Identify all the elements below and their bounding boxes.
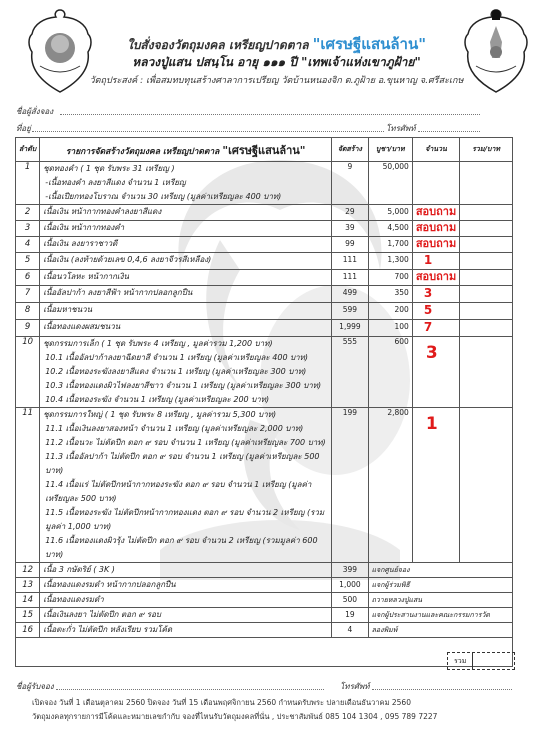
item-subline: 10.4 เนื้อทองระฆัง จำนวน 1 เหรียญ (มูลค่… [43, 393, 328, 407]
receiver-phone-field[interactable] [372, 689, 512, 690]
row-number: 8 [16, 303, 40, 320]
footer-contact: วัตถุมงคลทุกรายการมีโค้ดและหมายเลขกำกับ … [32, 711, 437, 723]
item-title: เนื้อเงิน (ลงท้ายด้วยเลข 0,4,6 ลงยาจีวรส… [43, 253, 328, 267]
item-description: ชุดกรรมการเล็ก ( 1 ชุด รับพระ 4 เหรียญ ,… [40, 337, 332, 408]
handwritten-amount: สอบถาม [416, 221, 456, 234]
item-price: 1,700 [368, 237, 412, 253]
item-title: ชุดทองคำ ( 1 ชุด รับพระ 31 เหรียญ ) [43, 162, 328, 176]
item-total-cell[interactable] [460, 337, 513, 408]
item-amount-cell[interactable]: สอบถาม [412, 221, 459, 237]
item-subline: 10.2 เนื้อทองระฆังลงยาสีแดง จำนวน 1 เหรี… [43, 365, 328, 379]
table-row: 14เนื้อทองแดงรมดำ500ถวายหลวงปู่แสน [16, 593, 513, 608]
item-title: เนื้อเงิน ลงยาราชาวดี [43, 237, 328, 251]
handwritten-amount: สอบถาม [416, 270, 456, 283]
table-row: 1ชุดทองคำ ( 1 ชุด รับพระ 31 เหรียญ )-เนื… [16, 162, 513, 205]
item-title: เนื้อเงิน หน้ากากทองคำ [43, 221, 328, 235]
item-produced-qty: 4 [332, 623, 368, 638]
item-title: เนื้อเงินลงยา ไม่ตัดปีก ตอก ๙ รอบ [43, 608, 328, 622]
table-row: 15เนื้อเงินลงยา ไม่ตัดปีก ตอก ๙ รอบ19แจก… [16, 608, 513, 623]
item-produced-qty: 39 [332, 221, 368, 237]
address-field[interactable] [32, 131, 384, 132]
item-title: เนื้อมหาชนวน [43, 303, 328, 317]
table-row: 10ชุดกรรมการเล็ก ( 1 ชุด รับพระ 4 เหรียญ… [16, 337, 513, 408]
item-produced-qty: 19 [332, 608, 368, 623]
row-number: 7 [16, 286, 40, 303]
handwritten-amount: สอบถาม [416, 205, 456, 218]
item-total-cell[interactable] [460, 237, 513, 253]
table-row: 4เนื้อเงิน ลงยาราชาวดี991,700สอบถาม [16, 237, 513, 253]
item-description: เนื้อเงินลงยา ไม่ตัดปีก ตอก ๙ รอบ [40, 608, 332, 623]
item-note: ลองพิมพ์ [368, 623, 512, 638]
table-header-row: ลำดับ รายการจัดสร้างวัตถุมงคล เหรียญปาดต… [16, 138, 513, 162]
brand-name: "เศรษฐีแสนล้าน" [313, 35, 426, 53]
item-description: เนื้อทองแดงรมดำ [40, 593, 332, 608]
item-produced-qty: 1,999 [332, 320, 368, 337]
item-produced-qty: 399 [332, 563, 368, 578]
item-subline: 11.6 เนื้อทองแดงผิวรุ้ง ไม่ตัดปีก ตอก ๙ … [43, 534, 328, 562]
handwritten-amount: สอบถาม [416, 237, 456, 250]
item-subline: 11.2 เนื้อนวะ ไม่ตัดปีก ตอก ๙ รอบ จำนวน … [43, 436, 328, 450]
item-total-cell[interactable] [460, 162, 513, 205]
handwritten-amount: 1 [416, 253, 432, 267]
item-title: เนื้อทองแดงรมดำ หน้ากากปลอกลูกปืน [43, 578, 328, 592]
item-title: เนื้อเงิน หน้ากากทองคำลงยาสีแดง [43, 205, 328, 219]
item-subline: 11.3 เนื้ออัลปาก้า ไม่ตัดปีก ตอก ๙ รอบ จ… [43, 450, 328, 478]
title-prefix: ใบสั่งจองวัตถุมงคล เหรียญปาดตาล [127, 38, 309, 52]
handwritten-amount: 1 [416, 414, 456, 434]
item-title: เนื้อตะกั่ว ไม่ตัดปีก หลังเรียบ รวมโค้ด [43, 623, 328, 637]
receiver-name-field[interactable] [56, 689, 324, 690]
table-row: 13เนื้อทองแดงรมดำ หน้ากากปลอกลูกปืน1,000… [16, 578, 513, 593]
item-title: เนื้อทองแดงรมดำ [43, 593, 328, 607]
row-number: 3 [16, 221, 40, 237]
item-title: เนื้อนวโลหะ หน้ากากเงิน [43, 270, 328, 284]
item-title: เนื้อ 3 กษัตริย์ ( 3K ) [43, 563, 328, 577]
item-description: ชุดกรรมการใหญ่ ( 1 ชุด รับพระ 8 เหรียญ ,… [40, 408, 332, 563]
item-subline: 11.5 เนื้อทองระฆัง ไม่ตัดปีกหน้ากากทองแด… [43, 506, 328, 534]
item-total-cell[interactable] [460, 253, 513, 270]
handwritten-amount: 3 [416, 343, 456, 363]
item-note: แจกผู้ประสานงานและคณะกรรมการวัด [368, 608, 512, 623]
item-price: 700 [368, 270, 412, 286]
item-description: ชุดทองคำ ( 1 ชุด รับพระ 31 เหรียญ )-เนื้… [40, 162, 332, 205]
item-amount-cell[interactable]: 1 [412, 408, 459, 563]
row-number: 16 [16, 623, 40, 638]
item-description: เนื้อเงิน (ลงท้ายด้วยเลข 0,4,6 ลงยาจีวรส… [40, 253, 332, 270]
item-amount-cell[interactable]: 1 [412, 253, 459, 270]
item-price: 2,800 [368, 408, 412, 563]
item-note: แจกศูนย์จอง [368, 563, 512, 578]
item-total-cell[interactable] [460, 303, 513, 320]
item-amount-cell[interactable]: สอบถาม [412, 270, 459, 286]
item-produced-qty: 499 [332, 286, 368, 303]
item-note: ถวายหลวงปู่แสน [368, 593, 512, 608]
item-description: เนื้อเงิน หน้ากากทองคำลงยาสีแดง [40, 205, 332, 221]
header-qty: จัดสร้าง [332, 138, 368, 162]
header-title: รายการจัดสร้างวัตถุมงคล เหรียญปาดตาล "เศ… [40, 138, 332, 162]
row-number: 4 [16, 237, 40, 253]
row-number: 13 [16, 578, 40, 593]
item-description: เนื้อทองแดงผสมชนวน [40, 320, 332, 337]
table-row: 5เนื้อเงิน (ลงท้ายด้วยเลข 0,4,6 ลงยาจีวร… [16, 253, 513, 270]
item-amount-cell[interactable]: 5 [412, 303, 459, 320]
item-total-cell[interactable] [460, 408, 513, 563]
item-price: 4,500 [368, 221, 412, 237]
item-subline: -เนื้อทองคำ ลงยาสีแดง จำนวน 1 เหรียญ [43, 176, 328, 190]
item-description: เนื้อเงิน หน้ากากทองคำ [40, 221, 332, 237]
item-total-cell[interactable] [460, 320, 513, 337]
document-subtitle: หลวงปู่แสน ปสนฺโน อายุ ๑๑๑ ปี "เทพเจ้าแห… [0, 53, 553, 72]
item-description: เนื้อตะกั่ว ไม่ตัดปีก หลังเรียบ รวมโค้ด [40, 623, 332, 638]
table-row: 11ชุดกรรมการใหญ่ ( 1 ชุด รับพระ 8 เหรียญ… [16, 408, 513, 563]
item-description: เนื้ออัลปาก้า ลงยาสีฟ้า หน้ากากปลอกลูกปื… [40, 286, 332, 303]
item-price: 350 [368, 286, 412, 303]
header-price: บูชา/บาท [368, 138, 412, 162]
item-amount-cell[interactable]: 3 [412, 337, 459, 408]
phone-label: โทรศัพท์ [386, 122, 416, 135]
table-row: 3เนื้อเงิน หน้ากากทองคำ394,500สอบถาม [16, 221, 513, 237]
row-number: 1 [16, 162, 40, 205]
table-row: 6เนื้อนวโลหะ หน้ากากเงิน111700สอบถาม [16, 270, 513, 286]
table-row: 2เนื้อเงิน หน้ากากทองคำลงยาสีแดง295,000ส… [16, 205, 513, 221]
orderer-name-field[interactable] [60, 114, 480, 115]
address-label: ที่อยู่ [16, 122, 31, 135]
handwritten-amount: 3 [416, 286, 432, 300]
item-price: 1,300 [368, 253, 412, 270]
table-row: 9เนื้อทองแดงผสมชนวน1,9991007 [16, 320, 513, 337]
item-amount-cell[interactable]: สอบถาม [412, 237, 459, 253]
item-title: เนื้ออัลปาก้า ลงยาสีฟ้า หน้ากากปลอกลูกปื… [43, 286, 328, 300]
phone-field[interactable] [418, 131, 480, 132]
item-note: แจกผู้ร่วมพิธี [368, 578, 512, 593]
item-price: 200 [368, 303, 412, 320]
item-description: เนื้อเงิน ลงยาราชาวดี [40, 237, 332, 253]
row-number: 9 [16, 320, 40, 337]
item-amount-cell[interactable] [412, 162, 459, 205]
item-total-cell[interactable] [460, 221, 513, 237]
item-produced-qty: 99 [332, 237, 368, 253]
item-produced-qty: 555 [332, 337, 368, 408]
receiver-phone-label: โทรศัพท์ [340, 680, 370, 693]
item-price: 50,000 [368, 162, 412, 205]
row-number: 14 [16, 593, 40, 608]
item-price: 5,000 [368, 205, 412, 221]
row-number: 15 [16, 608, 40, 623]
item-amount-cell[interactable]: สอบถาม [412, 205, 459, 221]
item-amount-cell[interactable]: 7 [412, 320, 459, 337]
sum-box: รวม [447, 652, 515, 670]
order-table: ลำดับ รายการจัดสร้างวัตถุมงคล เหรียญปาดต… [15, 137, 513, 667]
item-subline: 10.3 เนื้อทองแดงผิวไฟลงยาสีขาว จำนวน 1 เ… [43, 379, 328, 393]
row-number: 11 [16, 408, 40, 563]
row-number: 6 [16, 270, 40, 286]
item-produced-qty: 500 [332, 593, 368, 608]
row-number: 12 [16, 563, 40, 578]
item-title: เนื้อทองแดงผสมชนวน [43, 320, 328, 334]
table-row: 12เนื้อ 3 กษัตริย์ ( 3K )399แจกศูนย์จอง [16, 563, 513, 578]
item-total-cell[interactable] [460, 270, 513, 286]
sum-label: รวม [454, 656, 466, 667]
handwritten-amount: 7 [416, 320, 432, 334]
blank-cell [16, 638, 513, 667]
header-total: รวม/บาท [460, 138, 513, 162]
table-row: 16เนื้อตะกั่ว ไม่ตัดปีก หลังเรียบ รวมโค้… [16, 623, 513, 638]
row-number: 5 [16, 253, 40, 270]
item-description: เนื้อนวโลหะ หน้ากากเงิน [40, 270, 332, 286]
row-number: 2 [16, 205, 40, 221]
item-subline: 10.1 เนื้ออัลปาก้าลงยาฉีดยาสี จำนวน 1 เห… [43, 351, 328, 365]
row-number: 10 [16, 337, 40, 408]
handwritten-amount: 5 [416, 303, 432, 317]
table-row: 8เนื้อมหาชนวน5992005 [16, 303, 513, 320]
item-produced-qty: 599 [332, 303, 368, 320]
item-description: เนื้อ 3 กษัตริย์ ( 3K ) [40, 563, 332, 578]
item-total-cell[interactable] [460, 205, 513, 221]
table-row: 7เนื้ออัลปาก้า ลงยาสีฟ้า หน้ากากปลอกลูกป… [16, 286, 513, 303]
item-subline: 11.1 เนื้อเงินลงยาสองหน้า จำนวน 1 เหรียญ… [43, 422, 328, 436]
header-title-brand: "เศรษฐีแสนล้าน" [222, 144, 305, 157]
footer-dates: เปิดจอง วันที่ 1 เดือนตุลาคม 2560 ปิดจอง… [32, 697, 411, 709]
item-amount-cell[interactable]: 3 [412, 286, 459, 303]
item-title: ชุดกรรมการเล็ก ( 1 ชุด รับพระ 4 เหรียญ ,… [43, 337, 328, 351]
item-produced-qty: 9 [332, 162, 368, 205]
item-price: 600 [368, 337, 412, 408]
header-amount: จำนวน [412, 138, 459, 162]
item-produced-qty: 111 [332, 253, 368, 270]
item-produced-qty: 1,000 [332, 578, 368, 593]
item-produced-qty: 199 [332, 408, 368, 563]
item-title: ชุดกรรมการใหญ่ ( 1 ชุด รับพระ 8 เหรียญ ,… [43, 408, 328, 422]
header-title-prefix: รายการจัดสร้างวัตถุมงคล เหรียญปาดตาล [66, 147, 220, 157]
item-description: เนื้อทองแดงรมดำ หน้ากากปลอกลูกปืน [40, 578, 332, 593]
item-description: เนื้อมหาชนวน [40, 303, 332, 320]
document-purpose: วัตถุประสงค์ : เพื่อสมทบทุนสร้างศาลาการเ… [0, 73, 553, 87]
item-total-cell[interactable] [460, 286, 513, 303]
receiver-name-label: ชื่อผู้รับจอง [16, 680, 54, 693]
item-produced-qty: 29 [332, 205, 368, 221]
item-subline: 11.4 เนื้อแร่ ไม่ตัดปีกหน้ากากทองระฆัง ต… [43, 478, 328, 506]
blank-row [16, 638, 513, 667]
orderer-name-label: ชื่อผู้สั่งจอง [16, 105, 53, 118]
item-produced-qty: 111 [332, 270, 368, 286]
header-no: ลำดับ [16, 138, 40, 162]
item-price: 100 [368, 320, 412, 337]
item-subline: -เนื้อเปียกทองโบราณ จำนวน 30 เหรียญ (มูล… [43, 190, 328, 204]
